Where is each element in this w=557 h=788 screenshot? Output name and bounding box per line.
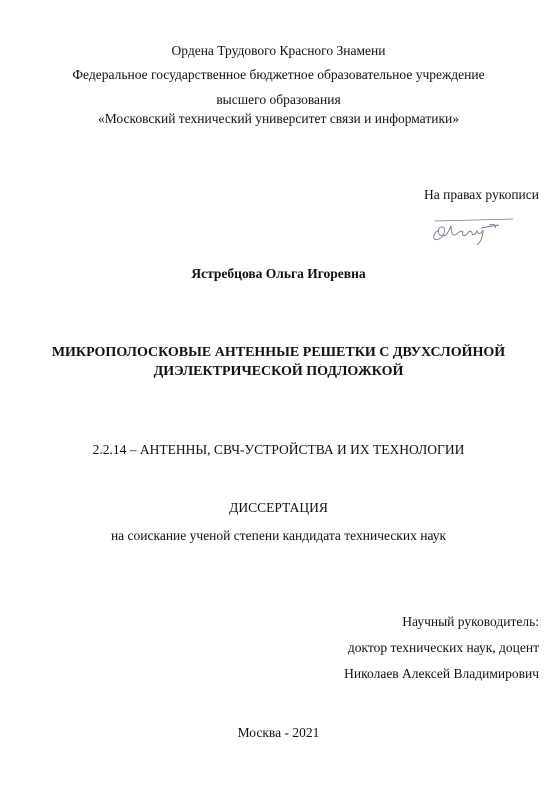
supervisor-name: Николаев Алексей Владимирович xyxy=(344,666,539,682)
manuscript-note: На правах рукописи xyxy=(424,187,539,203)
supervisor-label: Научный руководитель: xyxy=(402,614,539,630)
signature-icon xyxy=(425,212,520,248)
author-name: Ястребцова Ольга Игоревна xyxy=(0,266,557,282)
degree-statement: на соискание ученой степени кандидата те… xyxy=(0,528,557,544)
thesis-title-line1: МИКРОПОЛОСКОВЫЕ АНТЕННЫЕ РЕШЕТКИ С ДВУХС… xyxy=(0,345,557,361)
supervisor-rank: доктор технических наук, доцент xyxy=(348,640,539,656)
order-line: Ордена Трудового Красного Знамени xyxy=(0,43,557,59)
city-year: Москва - 2021 xyxy=(0,725,557,741)
specialty: 2.2.14 – АНТЕННЫ, СВЧ-УСТРОЙСТВА И ИХ ТЕ… xyxy=(0,442,557,458)
document-type: ДИССЕРТАЦИЯ xyxy=(0,500,557,516)
thesis-title-line2: ДИЭЛЕКТРИЧЕСКОЙ ПОДЛОЖКОЙ xyxy=(0,364,557,380)
university-name: «Московский технический университет связ… xyxy=(0,111,557,127)
institution-type: Федеральное государственное бюджетное об… xyxy=(0,67,557,83)
education-level: высшего образования xyxy=(0,92,557,108)
